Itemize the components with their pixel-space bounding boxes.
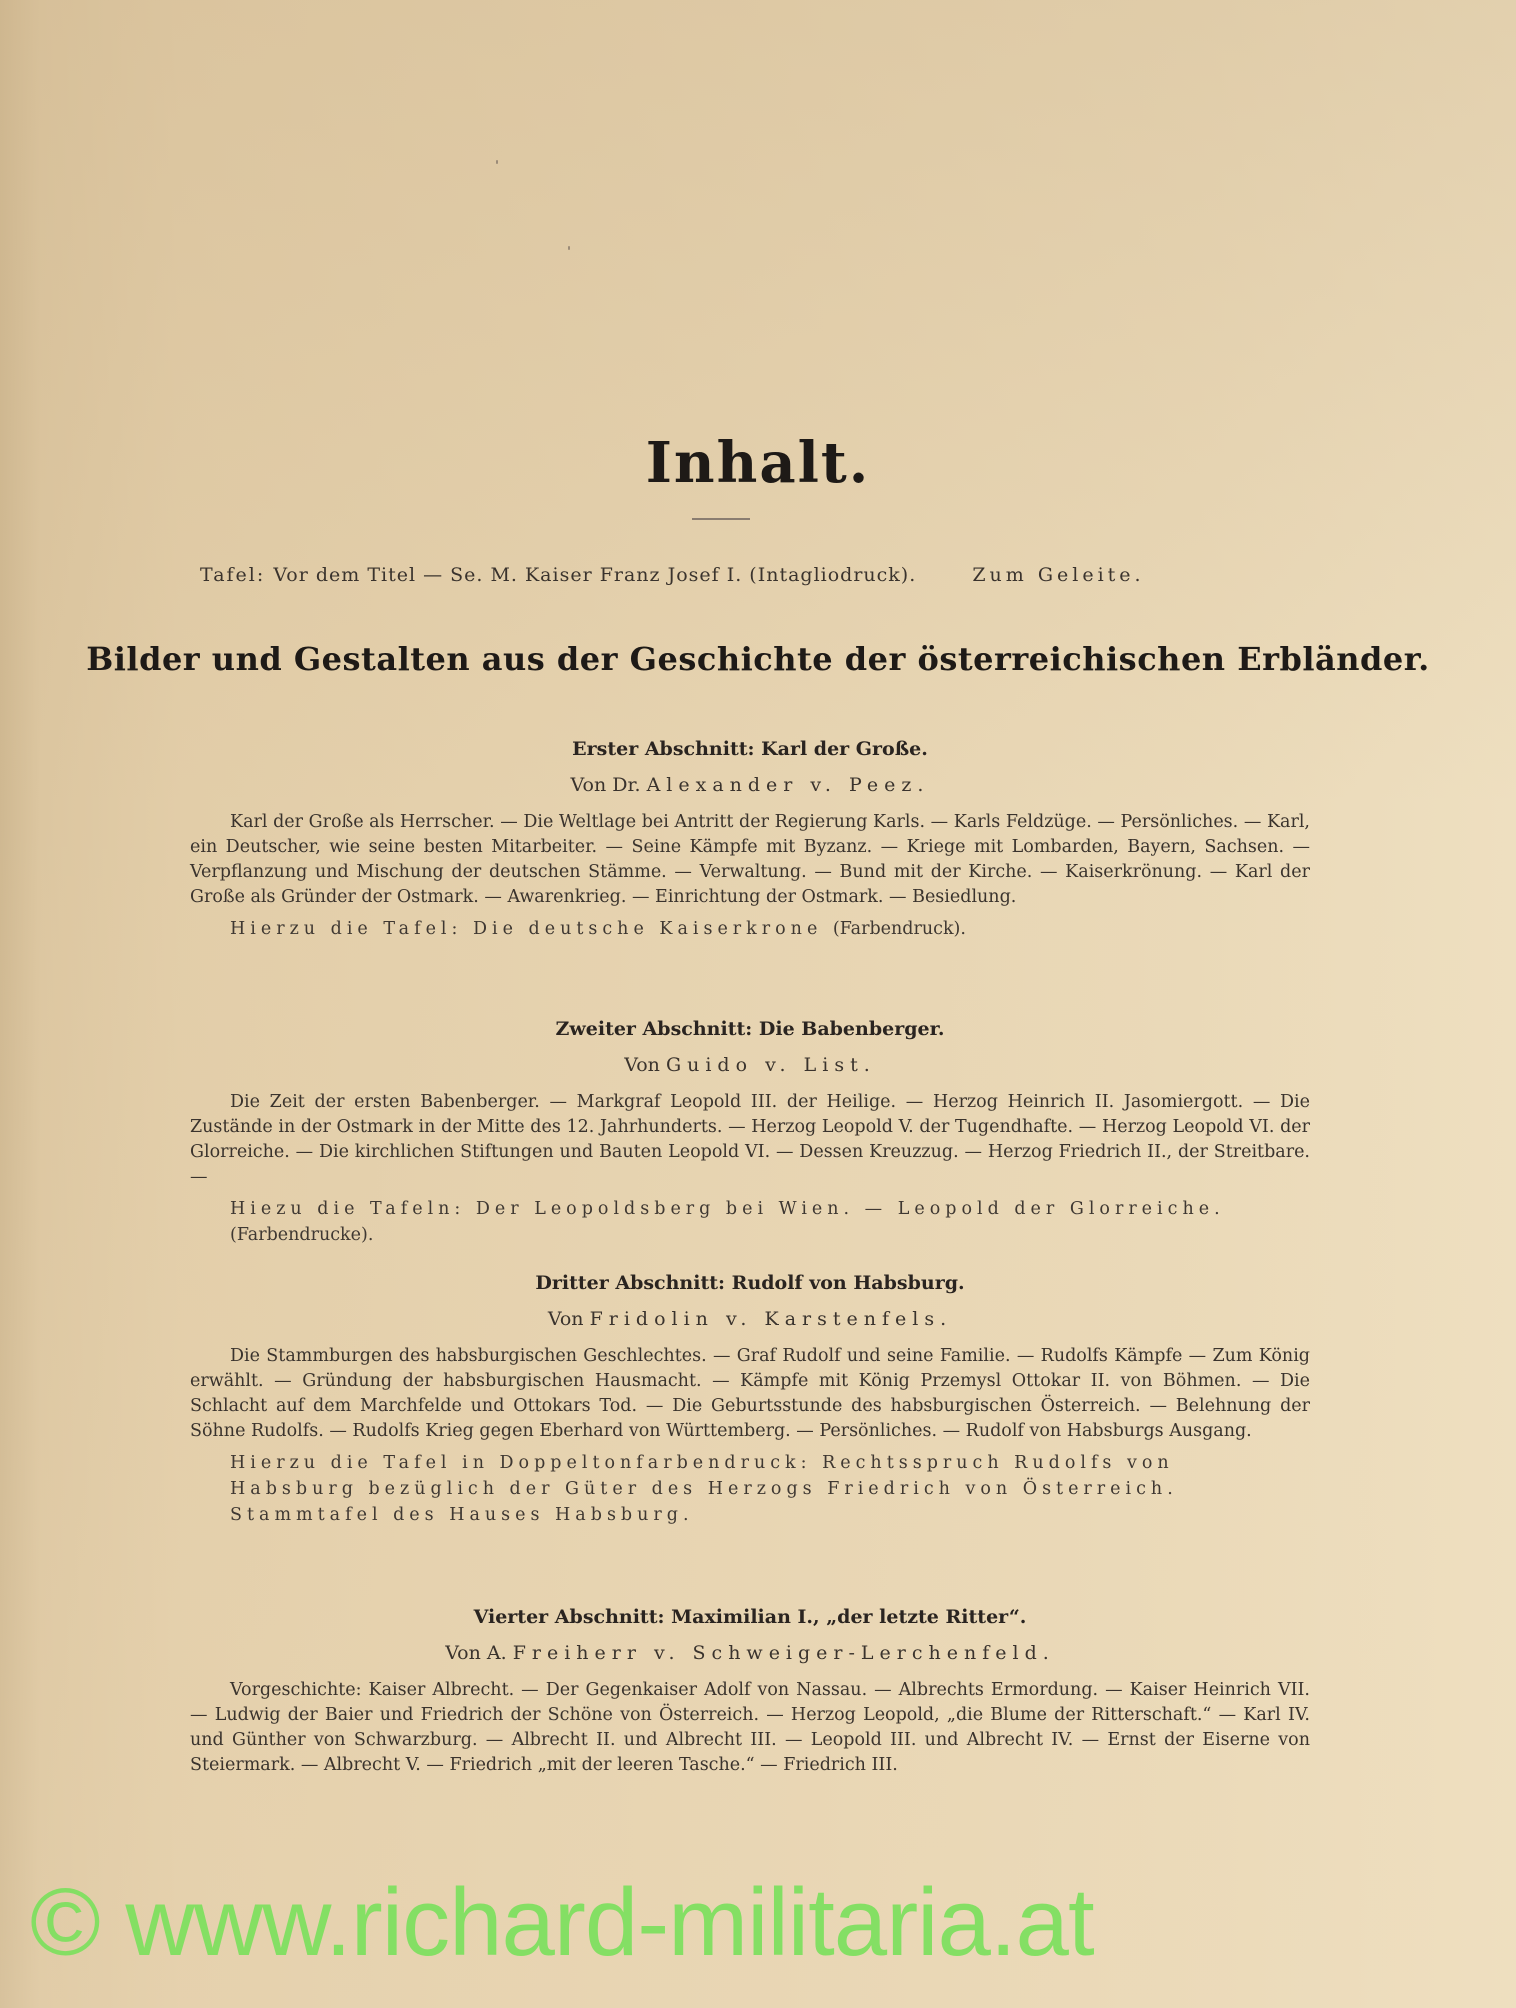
author-name: Guido v. List. bbox=[666, 1054, 876, 1076]
toc-section-1: Erster Abschnitt: Karl der Große. Von Dr… bbox=[190, 738, 1310, 942]
section-author: Von Guido v. List. bbox=[190, 1054, 1310, 1076]
toc-section-3: Dritter Abschnitt: Rudolf von Habsburg. … bbox=[190, 1272, 1310, 1528]
toc-section-2: Zweiter Abschnitt: Die Babenberger. Von … bbox=[190, 1018, 1310, 1248]
section-contents: Vorgeschichte: Kaiser Albrecht. — Der Ge… bbox=[190, 1678, 1310, 1778]
section-title: Dritter Abschnitt: Rudolf von Habsburg. bbox=[190, 1272, 1310, 1294]
section-plates: Hierzu die Tafel: Die deutsche Kaiserkro… bbox=[190, 916, 1310, 942]
section-contents: Die Stammburgen des habsburgischen Gesch… bbox=[190, 1344, 1310, 1444]
frontispiece-plate-label: Tafel: bbox=[200, 564, 265, 586]
toc-section-4: Vierter Abschnitt: Maximilian I., „der l… bbox=[190, 1606, 1310, 1778]
page-title: Inhalt. bbox=[0, 430, 1516, 496]
section-title: Erster Abschnitt: Karl der Große. bbox=[190, 738, 1310, 760]
copyright-watermark: © www.richard-militaria.at bbox=[30, 1868, 1094, 1978]
frontispiece-plate-text: Vor dem Titel — Se. M. Kaiser Franz Jose… bbox=[273, 564, 916, 586]
section-title: Zweiter Abschnitt: Die Babenberger. bbox=[190, 1018, 1310, 1040]
author-name: Alexander v. Peez. bbox=[647, 774, 930, 796]
title-divider bbox=[692, 518, 750, 520]
section-author: Von A. Freiherr v. Schweiger-Lerchenfeld… bbox=[190, 1642, 1310, 1664]
section-contents: Karl der Große als Herrscher. — Die Welt… bbox=[190, 810, 1310, 910]
section-title: Vierter Abschnitt: Maximilian I., „der l… bbox=[190, 1606, 1310, 1628]
section-author: Von Fridolin v. Karstenfels. bbox=[190, 1308, 1310, 1330]
section-plates: Hiezu die Tafeln: Der Leopoldsberg bei W… bbox=[190, 1196, 1310, 1248]
paper-speck bbox=[496, 160, 498, 164]
section-contents: Die Zeit der ersten Babenberger. — Markg… bbox=[190, 1090, 1310, 1190]
author-name: Freiherr v. Schweiger-Lerchenfeld. bbox=[513, 1642, 1055, 1664]
frontispiece-preface: Zum Geleite. bbox=[972, 564, 1144, 586]
paper-speck bbox=[568, 246, 570, 250]
main-heading: Bilder und Gestalten aus der Geschichte … bbox=[0, 640, 1516, 678]
frontispiece-line: Tafel: Vor dem Titel — Se. M. Kaiser Fra… bbox=[200, 564, 1300, 586]
author-name: Fridolin v. Karstenfels. bbox=[590, 1308, 953, 1330]
section-plates: Hierzu die Tafel in Doppeltonfarbendruck… bbox=[190, 1450, 1310, 1528]
section-author: Von Dr. Alexander v. Peez. bbox=[190, 774, 1310, 796]
